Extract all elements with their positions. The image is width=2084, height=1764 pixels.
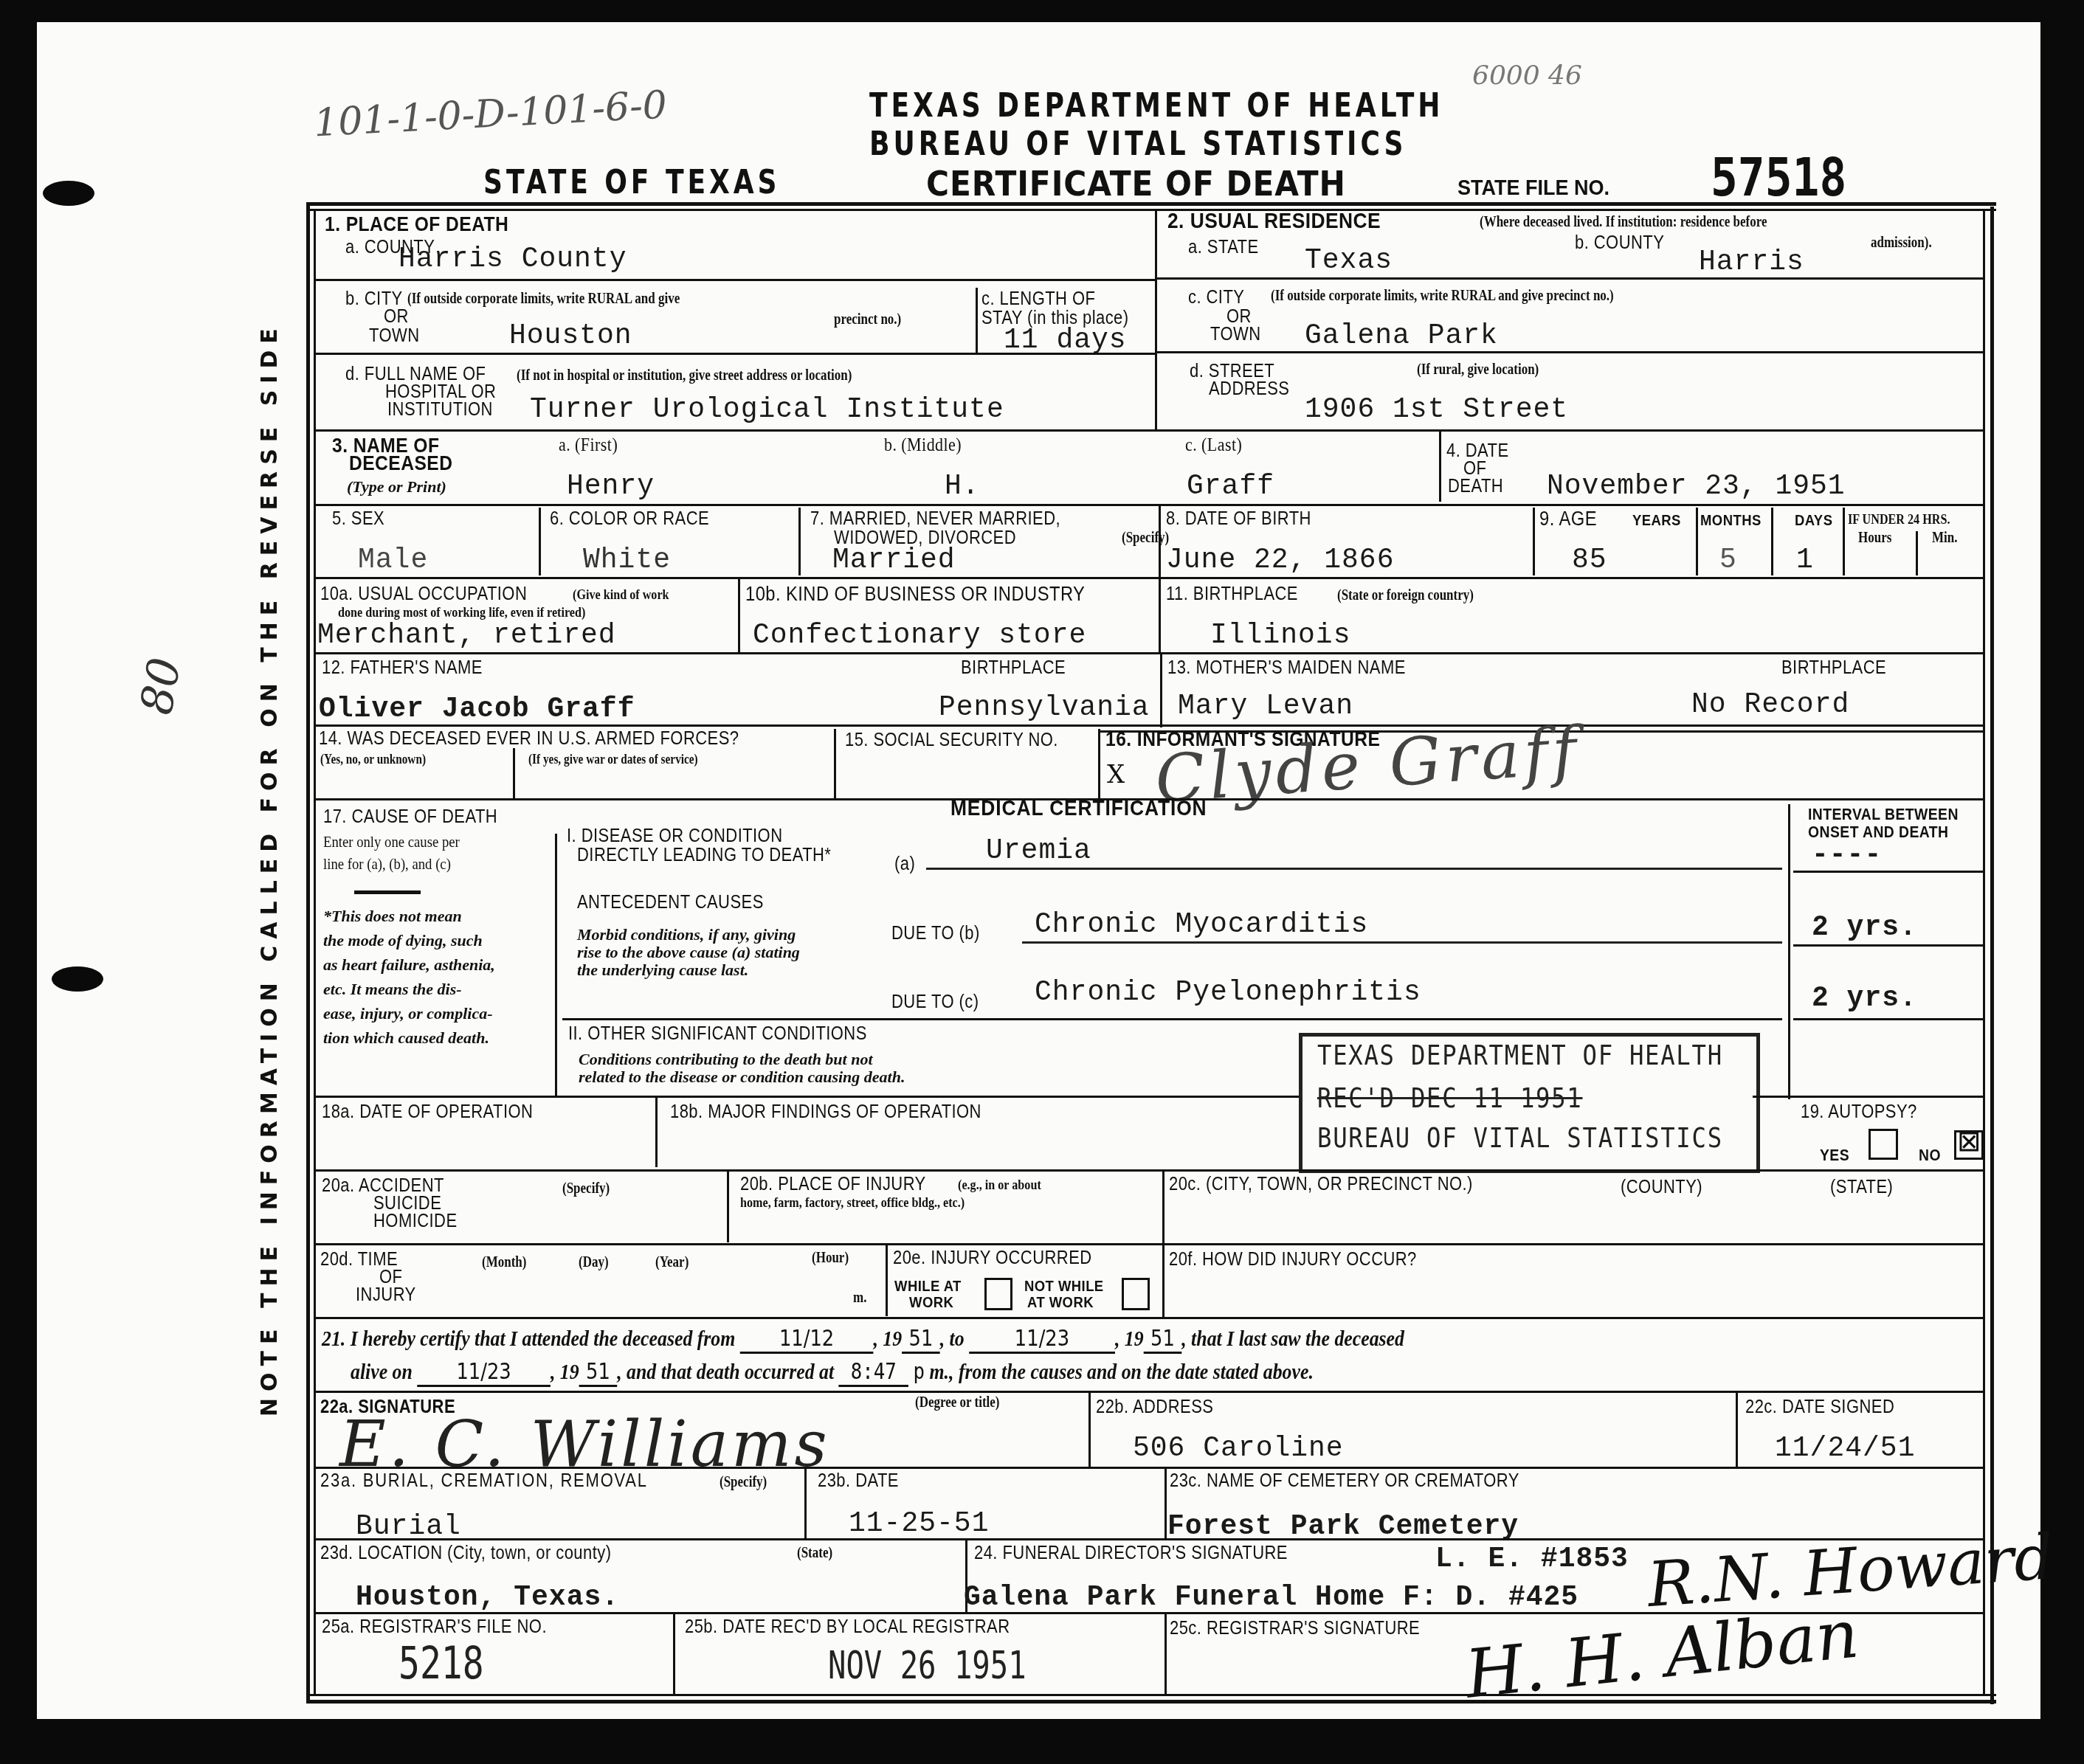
- residence-city-hint: (If outside corporate limits, write RURA…: [1271, 288, 1614, 304]
- residence-state-label: a. STATE: [1188, 238, 1259, 257]
- city-or-label: OR: [384, 307, 409, 327]
- interval-a-value: ----: [1812, 841, 1882, 871]
- disease-condition-label: I. DISEASE OR CONDITION: [567, 826, 782, 846]
- residence-county-value: Harris: [1699, 248, 1804, 277]
- header-bureau: BUREAU OF VITAL STATISTICS: [869, 125, 1407, 163]
- marital-status-hint: (Specify): [1122, 530, 1169, 546]
- checked-x-icon: ☒: [1958, 1128, 1980, 1158]
- autopsy-no-label: NO: [1919, 1145, 1941, 1165]
- place-of-injury-hint-2: home, farm, factory, street, office bldg…: [740, 1195, 965, 1211]
- race-label: 6. COLOR OR RACE: [550, 509, 709, 529]
- punch-hole-bottom: [52, 966, 103, 992]
- antecedent-causes-label: ANTECEDENT CAUSES: [577, 893, 764, 913]
- while-at-work-label-2: WORK: [909, 1293, 953, 1312]
- other-conditions-hint-line: Conditions contributing to the death but…: [579, 1051, 905, 1068]
- cert-text: alive on: [351, 1360, 413, 1384]
- cause-c-value: Chronic Pyelonephritis: [1035, 978, 1421, 1008]
- city-hint: (If outside corporate limits, write RURA…: [407, 291, 680, 307]
- year-label: (Year): [655, 1254, 689, 1270]
- city-hint-2: precinct no.): [834, 311, 901, 328]
- burial-date-value: 11-25-51: [849, 1509, 989, 1539]
- state-file-no: 57518: [1711, 146, 1846, 208]
- cert-text: m., from the causes and on the date stat…: [930, 1360, 1314, 1384]
- last-name-label: c. (Last): [1185, 435, 1242, 455]
- usual-residence-label: 2. USUAL RESIDENCE: [1167, 211, 1381, 231]
- divider: [314, 1538, 1983, 1540]
- middle-name-label: b. (Middle): [884, 435, 962, 455]
- cert-text: , and that death occurred at: [617, 1360, 834, 1384]
- type-or-print-label: (Type or Print): [347, 475, 446, 499]
- divider: [314, 1243, 1983, 1245]
- cause-a-value: Uremia: [986, 837, 1091, 866]
- age-years-label: YEARS: [1632, 511, 1681, 530]
- antecedent-hint-line: Morbid conditions, if any, giving: [577, 926, 800, 944]
- cause-note-line: tion which caused death.: [323, 1025, 495, 1050]
- physician-address-value: 506 Caroline: [1133, 1434, 1344, 1464]
- divider: [314, 577, 1983, 579]
- disease-condition-label-2: DIRECTLY LEADING TO DEATH*: [577, 845, 831, 865]
- divider: [314, 353, 1155, 355]
- father-name-label: 12. FATHER'S NAME: [322, 658, 483, 678]
- divider: [314, 429, 1983, 432]
- funeral-director-label: 24. FUNERAL DIRECTOR'S SIGNATURE: [974, 1543, 1288, 1563]
- injury-city-label: 20c. (CITY, TOWN, OR PRECINCT NO.): [1169, 1175, 1473, 1194]
- armed-forces-label: 14. WAS DECEASED EVER IN U.S. ARMED FORC…: [319, 729, 739, 749]
- death-city-value: Houston: [509, 322, 632, 351]
- divider: [1165, 1614, 1167, 1694]
- physician-address-label: 22b. ADDRESS: [1096, 1397, 1213, 1417]
- m-label: m.: [853, 1290, 866, 1306]
- age-months-label: MONTHS: [1700, 511, 1762, 530]
- divider: [1155, 351, 1983, 353]
- form-top-border-inner: [306, 209, 1996, 211]
- divider: [314, 1391, 1983, 1393]
- form-left-border-inner: [314, 209, 316, 1695]
- burial-type-label: 23a. BURIAL, CREMATION, REMOVAL: [320, 1471, 648, 1491]
- divider: [1753, 1096, 1983, 1098]
- date-of-birth-label: 8. DATE OF BIRTH: [1166, 509, 1311, 529]
- marital-status-label: 7. MARRIED, NEVER MARRIED,: [810, 509, 1060, 529]
- business-label: 10b. KIND OF BUSINESS OR INDUSTRY: [745, 584, 1085, 604]
- autopsy-yes-checkbox[interactable]: [1869, 1129, 1898, 1160]
- degree-label: (Degree or title): [915, 1394, 1000, 1411]
- occupation-value: Merchant, retired: [317, 621, 616, 651]
- date-signed-label: 22c. DATE SIGNED: [1745, 1397, 1894, 1417]
- length-of-stay-label: c. LENGTH OF: [981, 289, 1095, 309]
- form-bottom-border: [306, 1700, 1996, 1704]
- divider: [314, 724, 1983, 727]
- day-label: (Day): [579, 1254, 609, 1270]
- name-of-deceased-label-2: DECEASED: [349, 453, 452, 473]
- father-name-value: Oliver Jacob Graff: [319, 695, 635, 724]
- age-years-value: 85: [1572, 546, 1607, 575]
- form-right-border: [1990, 207, 1994, 1704]
- divider: [1793, 944, 1983, 947]
- hours-label: Hours: [1858, 530, 1891, 546]
- cause-note-line: ease, injury, or complica-: [323, 1001, 495, 1025]
- cause-of-death-hint-2: line for (a), (b), and (c): [323, 856, 451, 872]
- date-of-death-label-3: DEATH: [1448, 477, 1503, 497]
- how-injury-label: 20f. HOW DID INJURY OCCUR?: [1169, 1250, 1417, 1270]
- residence-state-value: Texas: [1305, 246, 1393, 276]
- stamp-line-2: REC'D DEC 11 1951: [1317, 1082, 1582, 1114]
- divider: [886, 1245, 888, 1316]
- age-label: 9. AGE: [1539, 509, 1597, 529]
- attended-to-year: 51: [1144, 1326, 1182, 1354]
- street-label-2: ADDRESS: [1209, 379, 1289, 399]
- burial-type-value: Burial: [356, 1512, 461, 1542]
- divider: [555, 834, 557, 1096]
- injury-state-label: (STATE): [1830, 1177, 1893, 1197]
- divider: [314, 1096, 1299, 1098]
- divider: [314, 1169, 1983, 1172]
- hospital-label-3: INSTITUTION: [387, 400, 493, 420]
- street-value: 1906 1st Street: [1305, 395, 1568, 425]
- month-label: (Month): [482, 1254, 526, 1270]
- divider: [976, 288, 978, 353]
- divider: [1736, 1393, 1738, 1467]
- divider: [673, 1614, 675, 1694]
- other-conditions-hint-line: related to the disease or condition caus…: [579, 1068, 905, 1086]
- date-of-birth-value: June 22, 1866: [1166, 546, 1394, 575]
- antecedent-hint-line: the underlying cause last.: [577, 961, 800, 979]
- divider: [727, 1172, 729, 1242]
- cause-of-death-hint: Enter only one cause per: [323, 834, 460, 850]
- divider: [738, 578, 740, 652]
- stamp-line-1: TEXAS DEPARTMENT OF HEALTH: [1317, 1039, 1723, 1071]
- punch-hole-top: [43, 181, 94, 206]
- due-to-b-label: DUE TO (b): [891, 924, 980, 944]
- attended-from-year: 51: [902, 1326, 940, 1354]
- armed-forces-hint-1: (Yes, no, or unknown): [320, 751, 426, 767]
- residence-city-town: TOWN: [1210, 325, 1261, 345]
- residence-county-label: b. COUNTY: [1575, 233, 1664, 253]
- homicide-label: HOMICIDE: [373, 1211, 458, 1231]
- divider: [1793, 871, 1983, 873]
- cause-note-line: etc. It means the dis-: [323, 977, 495, 1001]
- cert-text: , that I last saw the deceased: [1181, 1327, 1404, 1351]
- usual-residence-hint-2: admission).: [1871, 235, 1932, 251]
- stamp-line-3: BUREAU OF VITAL STATISTICS: [1317, 1121, 1723, 1154]
- divider: [314, 652, 1983, 654]
- divider: [1696, 508, 1698, 575]
- antecedent-hint: Morbid conditions, if any, giving rise t…: [577, 926, 800, 979]
- divider: [1088, 1393, 1091, 1467]
- father-birthplace-value: Pennsylvania: [939, 694, 1150, 723]
- while-at-work-checkbox[interactable]: [984, 1278, 1012, 1310]
- place-of-injury-label: 20b. PLACE OF INJURY: [740, 1175, 926, 1194]
- age-days-label: DAYS: [1795, 511, 1832, 530]
- race-value: White: [583, 546, 671, 575]
- divider: [834, 729, 836, 798]
- cause-note-line: as heart failure, asthenia,: [323, 952, 495, 977]
- first-name-label: a. (First): [559, 435, 618, 455]
- time-of-death-ampm: p: [914, 1359, 925, 1385]
- divider: [562, 1018, 1782, 1020]
- divider: [1098, 729, 1100, 798]
- divider: [539, 508, 541, 575]
- hour-label: (Hour): [812, 1250, 849, 1266]
- injury-county-label: (COUNTY): [1621, 1177, 1702, 1197]
- birthplace-label: 11. BIRTHPLACE: [1166, 584, 1298, 604]
- sex-value: Male: [358, 546, 428, 575]
- age-days-value: 1: [1796, 546, 1814, 575]
- local-registrar-date-value: NOV 26 1951: [828, 1644, 1027, 1688]
- ssn-label: 15. SOCIAL SECURITY NO.: [845, 730, 1058, 750]
- not-while-at-work-label-2: AT WORK: [1027, 1293, 1094, 1312]
- city-town-label: TOWN: [369, 326, 420, 346]
- divider: [1439, 431, 1441, 502]
- divider: [1160, 654, 1162, 727]
- cause-note: *This does not mean the mode of dying, s…: [323, 904, 495, 1050]
- registrar-file-value: 5218: [398, 1638, 484, 1689]
- not-while-at-work-checkbox[interactable]: [1122, 1278, 1150, 1310]
- page-title: CERTIFICATE OF DEATH: [926, 164, 1346, 204]
- cert-text: 21. I hereby certify that I attended the…: [322, 1327, 735, 1351]
- divider: [1793, 1018, 1983, 1020]
- attended-from-date: 11/12: [740, 1326, 874, 1354]
- specify-hint: (Specify): [562, 1180, 610, 1197]
- mother-maiden-name-label: 13. MOTHER'S MAIDEN NAME: [1167, 658, 1406, 678]
- divider: [314, 279, 1155, 281]
- birthplace-value: Illinois: [1210, 621, 1350, 651]
- age-months-value: 5: [1719, 546, 1737, 575]
- divider: [1165, 1468, 1167, 1538]
- burial-location-value: Houston, Texas.: [356, 1583, 619, 1613]
- street-hint: (If rural, give location): [1417, 362, 1539, 378]
- injury-occurred-label: 20e. INJURY OCCURRED: [893, 1248, 1092, 1268]
- cert-text: , 19: [1115, 1327, 1144, 1351]
- operation-findings-label: 18b. MAJOR FINDINGS OF OPERATION: [670, 1102, 981, 1122]
- divider: [655, 1098, 658, 1167]
- date-of-operation-label: 18a. DATE OF OPERATION: [322, 1102, 533, 1122]
- cause-a-underline: [926, 868, 1782, 870]
- cause-b-value: Chronic Myocarditis: [1035, 910, 1368, 940]
- medical-certification-title: MEDICAL CERTIFICATION: [950, 798, 1207, 818]
- interval-b-value: 2 yrs.: [1812, 913, 1917, 943]
- registrar-file-label: 25a. REGISTRAR'S FILE NO.: [322, 1617, 547, 1637]
- funeral-home-value: Galena Park Funeral Home F: D. #425: [964, 1583, 1578, 1613]
- divider: [314, 1317, 1983, 1319]
- divider: [314, 1467, 1983, 1469]
- death-county-value: Harris County: [398, 245, 627, 274]
- armed-forces-hint-2: (If yes, give war or dates of service): [528, 751, 698, 767]
- due-to-c-label: DUE TO (c): [891, 992, 979, 1012]
- form-bottom-border-inner: [306, 1694, 1996, 1696]
- header-department: TEXAS DEPARTMENT OF HEALTH: [869, 87, 1443, 125]
- divider: [513, 748, 515, 798]
- state-file-no-label: STATE FILE NO.: [1457, 176, 1609, 201]
- last-seen-alive-date: 11/23: [417, 1359, 551, 1387]
- other-conditions-label: II. OTHER SIGNIFICANT CONDITIONS: [568, 1024, 867, 1044]
- interval-label: INTERVAL BETWEEN: [1808, 804, 1959, 824]
- first-name-value: Henry: [567, 472, 655, 502]
- pencil-note-top-right: 6000 46: [1472, 60, 1582, 91]
- burial-date-label: 23b. DATE: [818, 1471, 899, 1491]
- side-note-vertical: NOTE THE INFORMATION CALLED FOR ON THE R…: [257, 322, 283, 1417]
- autopsy-no-checkbox[interactable]: ☒: [1954, 1130, 1984, 1160]
- birthplace-hint: (State or foreign country): [1337, 587, 1474, 603]
- form-right-border-inner: [1983, 209, 1985, 1695]
- divider: [1771, 508, 1773, 575]
- middle-name-value: H.: [945, 472, 980, 502]
- other-conditions-hint: Conditions contributing to the death but…: [579, 1051, 905, 1086]
- hospital-hint: (If not in hospital or institution, give…: [517, 367, 852, 384]
- certification-line-1: 21. I hereby certify that I attended the…: [322, 1326, 1404, 1354]
- interval-label-2: ONSET AND DEATH: [1808, 822, 1949, 842]
- divider: [1155, 209, 1157, 430]
- cert-text: , to: [940, 1327, 965, 1351]
- divider: [314, 504, 1983, 506]
- cause-note-line: *This does not mean: [323, 904, 495, 928]
- mother-birthplace-value: No Record: [1691, 691, 1849, 720]
- burial-type-hint: (Specify): [720, 1474, 767, 1490]
- usual-residence-hint: (Where deceased lived. If institution: r…: [1480, 214, 1767, 230]
- father-birthplace-label: BIRTHPLACE: [961, 658, 1066, 678]
- occupation-hint-2: done during most of working life, even i…: [338, 605, 585, 621]
- divider: [1159, 506, 1161, 654]
- business-value: Confectionary store: [753, 621, 1086, 651]
- last-seen-alive-year: 51: [579, 1359, 618, 1387]
- cemetery-label: 23c. NAME OF CEMETERY OR CREMATORY: [1170, 1471, 1519, 1491]
- sex-label: 5. SEX: [332, 509, 384, 529]
- autopsy-yes-label: YES: [1820, 1145, 1849, 1165]
- attended-to-date: 11/23: [969, 1326, 1115, 1354]
- last-name-value: Graff: [1187, 472, 1274, 502]
- date-of-death-value: November 23, 1951: [1547, 472, 1846, 502]
- cert-text: , 19: [873, 1327, 902, 1351]
- time-of-injury-label-3: INJURY: [356, 1285, 416, 1305]
- burial-location-state-label: (State): [797, 1545, 832, 1561]
- pencil-note-left-margin: 80: [131, 654, 191, 718]
- certification-line-2: alive on 11/23, 1951, and that death occ…: [351, 1359, 1314, 1387]
- autopsy-label: 19. AUTOPSY?: [1801, 1102, 1917, 1122]
- divider: [1155, 277, 1983, 280]
- cause-of-death-label: 17. CAUSE OF DEATH: [323, 807, 497, 827]
- residence-city-label: c. CITY: [1188, 288, 1244, 308]
- divider: [804, 1468, 807, 1538]
- cause-note-line: the mode of dying, such: [323, 928, 495, 952]
- cause-a-label: (a): [894, 854, 915, 874]
- divider: [1916, 531, 1918, 575]
- cemetery-value: Forest Park Cemetery: [1167, 1512, 1519, 1542]
- antecedent-hint-line: rise to the above cause (a) stating: [577, 944, 800, 961]
- funeral-license-le: L. E. #1853: [1435, 1545, 1629, 1574]
- occupation-label: 10a. USUAL OCCUPATION: [320, 584, 527, 604]
- place-of-death-label: 1. PLACE OF DEATH: [325, 214, 508, 234]
- marital-status-value: Married: [832, 546, 956, 575]
- hospital-value: Turner Urological Institute: [530, 395, 1004, 425]
- interval-c-value: 2 yrs.: [1812, 984, 1917, 1014]
- local-registrar-date-label: 25b. DATE REC'D BY LOCAL REGISTRAR: [685, 1617, 1010, 1637]
- divider: [798, 508, 801, 575]
- burial-location-label: 23d. LOCATION (City, town, or county): [320, 1543, 611, 1563]
- min-label: Min.: [1932, 530, 1957, 546]
- cert-text: , 19: [551, 1360, 579, 1384]
- cause-b-underline: [1022, 941, 1782, 944]
- form-top-border: [306, 202, 1996, 206]
- form-left-border: [306, 202, 310, 1701]
- mother-birthplace-label: BIRTHPLACE: [1781, 658, 1886, 678]
- place-of-injury-hint: (e.g., in or about: [958, 1177, 1041, 1194]
- occupation-hint: (Give kind of work: [573, 587, 669, 603]
- header-state: STATE OF TEXAS: [483, 164, 780, 201]
- divider: [1843, 508, 1845, 575]
- date-signed-value: 11/24/51: [1775, 1434, 1915, 1464]
- mother-maiden-name-value: Mary Levan: [1178, 692, 1353, 722]
- divider: [1788, 804, 1790, 1099]
- under-24-hrs-label: IF UNDER 24 HRS.: [1848, 512, 1950, 528]
- length-of-stay-value: 11 days: [1004, 326, 1127, 356]
- time-of-death: 8:47: [839, 1359, 909, 1387]
- residence-city-value: Galena Park: [1305, 322, 1498, 351]
- divider: [354, 890, 421, 894]
- informant-x-mark: X: [1107, 760, 1125, 789]
- registrar-signature-label: 25c. REGISTRAR'S SIGNATURE: [1170, 1619, 1420, 1639]
- divider: [1533, 508, 1535, 575]
